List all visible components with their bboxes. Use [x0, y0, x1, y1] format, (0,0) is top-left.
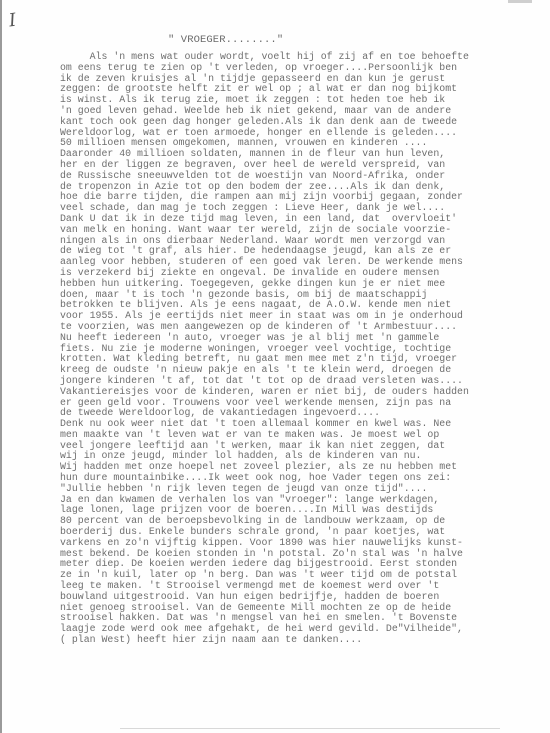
text-line: Nu heeft iedereen 'n auto, vroeger was j… [60, 333, 545, 344]
text-line: om eens terug te zien op 't verleden, op… [60, 63, 545, 74]
document-title: " VROEGER........" [168, 34, 283, 46]
scan-left-edge [0, 0, 2, 733]
text-line: ( plan West) heeft hier zijn naam aan te… [60, 635, 545, 646]
text-line: van melk en honing. Want waar ter wereld… [60, 225, 545, 236]
text-line: Vakantiereisjes voor de kinderen, waren … [60, 387, 545, 398]
handwritten-page-number: I [8, 10, 18, 32]
text-line: kant toch ook geen dag honger geleden.Al… [60, 117, 545, 128]
text-line: hebben hun uitkering. Toegegeven, gekke … [60, 279, 545, 290]
text-line: de Russische sneeuwvelden tot de woestij… [60, 171, 545, 182]
document-body: Als 'n mens wat ouder wordt, voelt hij o… [60, 52, 545, 646]
scan-top-mark [508, 0, 532, 3]
document-page: I " VROEGER........" Als 'n mens wat oud… [0, 0, 550, 733]
scan-bottom-edge [120, 728, 500, 729]
